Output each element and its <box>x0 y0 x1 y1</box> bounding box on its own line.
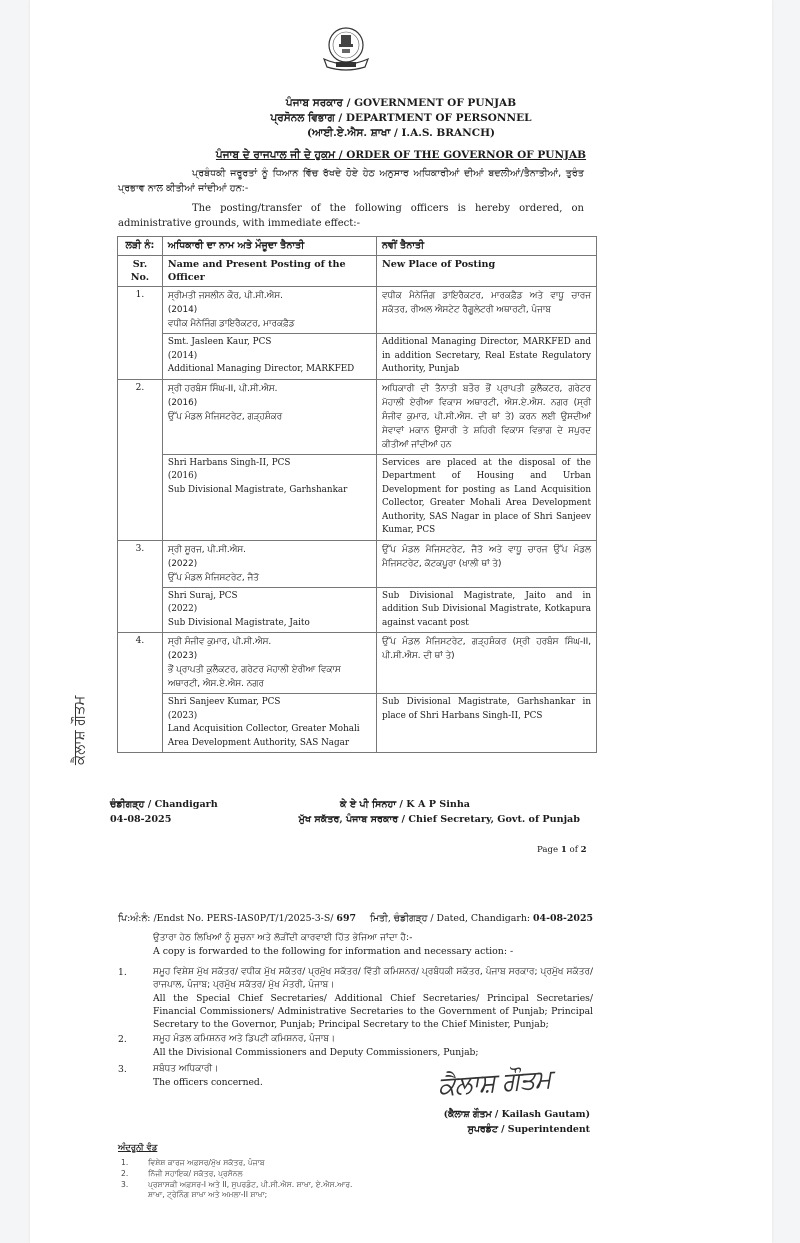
branch-heading: (ਆਈ.ਏ.ਐਸ. ਸ਼ਾਖਾ / I.A.S. BRANCH) <box>30 126 772 141</box>
table-row-punjabi: 3.ਸ੍ਰੀ ਸੂਰਜ, ਪੀ.ਸੀ.ਐਸ.(2022)ਉੱਪ ਮੰਡਲ ਮੈਜ… <box>118 540 597 587</box>
government-heading: ਪੰਜਾਬ ਸਰਕਾਰ / GOVERNMENT OF PUNJAB <box>30 96 772 111</box>
header-sr-english: Sr. No. <box>118 256 163 287</box>
signatory-designation: ਮੁੱਖ ਸਕੱਤਰ, ਪੰਜਾਬ ਸਰਕਾਰ / Chief Secretar… <box>230 812 580 827</box>
header-new-punjabi: ਨਵੀਂ ਤੈਨਾਤੀ <box>376 237 596 256</box>
endorsement-line: ਪਿ:ਅੰ:ਨੰ: /Endst No. PERS-IAS0P/T/1/2025… <box>118 913 593 924</box>
state-emblem-icon <box>320 25 372 73</box>
postings-table: ਲੜੀ ਨੰ: ਅਧਿਕਾਰੀ ਦਾ ਨਾਮ ਅਤੇ ਮੌਜੂਦਾ ਤੈਨਾਤੀ… <box>117 236 597 753</box>
serial-number: 1. <box>118 287 163 380</box>
new-posting-english: Sub Divisional Magistrate, Garhshankar i… <box>376 694 596 753</box>
table-row-english: Shri Sanjeev Kumar, PCS(2023)Land Acquis… <box>118 694 597 753</box>
table-row-english: Smt. Jasleen Kaur, PCS(2014)Additional M… <box>118 334 597 380</box>
table-row-punjabi: 1.ਸ੍ਰੀਮਤੀ ਜਸਲੀਨ ਕੌਰ, ਪੀ.ਸੀ.ਐਸ.(2014)ਵਧੀਕ… <box>118 287 597 334</box>
header-name-english: Name and Present Posting of the Officer <box>162 256 376 287</box>
new-posting-punjabi: ਵਧੀਕ ਮੈਨੇਜਿੰਗ ਡਾਇਰੈਕਟਰ, ਮਾਰਕਫ਼ੈਡ ਅਤੇ ਵਾਧ… <box>376 287 596 334</box>
place: ਚੰਡੀਗੜ੍ਹ / Chandigarh <box>110 797 218 812</box>
header-name-punjabi: ਅਧਿਕਾਰੀ ਦਾ ਨਾਮ ਅਤੇ ਮੌਜੂਦਾ ਤੈਨਾਤੀ <box>162 237 376 256</box>
handwritten-margin-note: ਕੈਲਾਸ਼ ਗੌਤਮ <box>70 680 90 765</box>
signatory-block: ਕੇ ਏ ਪੀ ਸਿਨਹਾ / K A P Sinha ਮੁੱਖ ਸਕੱਤਰ, … <box>230 797 580 827</box>
internal-item: 2.ਨਿੱਜੀ ਸਹਾਇਕ/ ਸਕੱਤਰ, ਪ੍ਰਸੋਨਲ <box>118 1169 368 1179</box>
new-posting-english: Sub Divisional Magistrate, Jaito and in … <box>376 587 596 633</box>
signatory-name: ਕੇ ਏ ਪੀ ਸਿਨਹਾ / K A P Sinha <box>230 797 580 812</box>
page-number: Page 1 of 2 <box>537 845 587 855</box>
table-row-punjabi: 2.ਸ੍ਰੀ ਹਰਬੰਸ ਸਿੰਘ-II, ਪੀ.ਸੀ.ਐਸ.(2016)ਉੱਪ… <box>118 379 597 454</box>
superintendent-designation: ਸੁਪਰਡੰਟ / Superintendent <box>390 1122 590 1137</box>
new-posting-punjabi: ਅਧਿਕਾਰੀ ਦੀ ਤੈਨਾਤੀ ਬਤੌਰ ਭੌਂ ਪ੍ਰਾਪਤੀ ਕੁਲੈਕ… <box>376 379 596 454</box>
serial-number: 4. <box>118 633 163 753</box>
document-page: ਪੰਜਾਬ ਸਰਕਾਰ / GOVERNMENT OF PUNJAB ਪ੍ਰਸੋ… <box>30 0 772 1243</box>
forward-note-english: A copy is forwarded to the following for… <box>153 945 593 959</box>
serial-number: 3. <box>118 540 163 633</box>
superintendent-name: (ਕੈਲਾਸ਼ ਗੌਤਮ / Kailash Gautam) <box>390 1107 590 1122</box>
internal-distribution: ਅੰਦਰੂਨੀ ਵੰਡ 1.ਵਿਸ਼ੇਸ਼ ਕਾਰਜ ਅਫ਼ਸਰ/ਮੁੱਖ ਸਕ… <box>118 1142 368 1201</box>
new-posting-english: Additional Managing Director, MARKFED an… <box>376 334 596 380</box>
internal-item: 1.ਵਿਸ਼ੇਸ਼ ਕਾਰਜ ਅਫ਼ਸਰ/ਮੁੱਖ ਸਕੱਤਰ, ਪੰਜਾਬ <box>118 1158 368 1168</box>
place-date-block: ਚੰਡੀਗੜ੍ਹ / Chandigarh 04-08-2025 <box>110 797 218 827</box>
officer-punjabi: ਸ੍ਰੀ ਸੂਰਜ, ਪੀ.ਸੀ.ਐਸ.(2022)ਉੱਪ ਮੰਡਲ ਮੈਜਿਸ… <box>162 540 376 587</box>
forward-note-punjabi: ਉਤਾਰਾ ਹੇਠ ਲਿਖਿਆਂ ਨੂੰ ਸੂਚਨਾ ਅਤੇ ਲੋੜੀਂਦੀ ਕ… <box>153 931 593 945</box>
recipient-item: 2. ਸਮੂਹ ਮੰਡਲ ਕਮਿਸ਼ਨਰ ਅਤੇ ਡਿਪਟੀ ਕਮਿਸ਼ਨਰ, … <box>118 1033 593 1059</box>
endorsement-number-label: ਪਿ:ਅੰ:ਨੰ: /Endst No. PERS-IAS0P/T/1/2025… <box>118 913 336 924</box>
department-heading: ਪ੍ਰਸੋਨਲ ਵਿਭਾਗ / DEPARTMENT OF PERSONNEL <box>30 111 772 126</box>
officer-english: Shri Sanjeev Kumar, PCS(2023)Land Acquis… <box>162 694 376 753</box>
officer-punjabi: ਸ੍ਰੀਮਤੀ ਜਸਲੀਨ ਕੌਰ, ਪੀ.ਸੀ.ਐਸ.(2014)ਵਧੀਕ ਮ… <box>162 287 376 334</box>
header-new-english: New Place of Posting <box>376 256 596 287</box>
order-date: 04-08-2025 <box>110 812 218 827</box>
officer-punjabi: ਸ੍ਰੀ ਹਰਬੰਸ ਸਿੰਘ-II, ਪੀ.ਸੀ.ਐਸ.(2016)ਉੱਪ ਮ… <box>162 379 376 454</box>
officer-punjabi: ਸ੍ਰੀ ਸੰਜੀਵ ਕੁਮਾਰ, ਪੀ.ਸੀ.ਐਸ.(2023)ਭੌਂ ਪ੍ਰ… <box>162 633 376 694</box>
new-posting-punjabi: ਉੱਪ ਮੰਡਲ ਮੈਜਿਸਟਰੇਟ, ਜੈਤੋ ਅਤੇ ਵਾਧੂ ਚਾਰਜ ਉ… <box>376 540 596 587</box>
handwritten-signature: ਕੈਲਾਸ਼ ਗੌਤਮ <box>437 1064 559 1112</box>
new-posting-english: Services are placed at the disposal of t… <box>376 454 596 540</box>
table-header-row-english: Sr. No. Name and Present Posting of the … <box>118 256 597 287</box>
internal-distribution-title: ਅੰਦਰੂਨੀ ਵੰਡ <box>118 1142 368 1152</box>
table-row-english: Shri Suraj, PCS(2022)Sub Divisional Magi… <box>118 587 597 633</box>
table-row-english: Shri Harbans Singh-II, PCS(2016)Sub Divi… <box>118 454 597 540</box>
table-header-row-punjabi: ਲੜੀ ਨੰ: ਅਧਿਕਾਰੀ ਦਾ ਨਾਮ ਅਤੇ ਮੌਜੂਦਾ ਤੈਨਾਤੀ… <box>118 237 597 256</box>
new-posting-punjabi: ਉੱਪ ਮੰਡਲ ਮੈਜਿਸਟਰੇਟ, ਗੜ੍ਹਸ਼ੰਕਰ (ਸ੍ਰੀ ਹਰਬੰ… <box>376 633 596 694</box>
recipient-item: 1. ਸਮੂਹ ਵਿਸ਼ੇਸ਼ ਮੁੱਖ ਸਕੱਤਰ/ ਵਧੀਕ ਮੁੱਖ ਸਕ… <box>118 966 593 1031</box>
intro-punjabi: ਪ੍ਰਬੰਧਕੀ ਜਰੂਰਤਾਂ ਨੂੰ ਧਿਆਨ ਵਿੱਚ ਰੱਖਦੇ ਹੋਏ… <box>118 166 584 196</box>
intro-english: The posting/transfer of the following of… <box>118 201 584 231</box>
endorsement-dated: ਮਿਤੀ, ਚੰਡੀਗੜ੍ਹ / Dated, Chandigarh: 04-0… <box>370 913 593 924</box>
endorsement-number: 697 <box>336 913 356 924</box>
order-title: ਪੰਜਾਬ ਦੇ ਰਾਜਪਾਲ ਜੀ ਦੇ ਹੁਕਮ / ORDER OF TH… <box>30 148 772 163</box>
table-row-punjabi: 4.ਸ੍ਰੀ ਸੰਜੀਵ ਕੁਮਾਰ, ਪੀ.ਸੀ.ਐਸ.(2023)ਭੌਂ ਪ… <box>118 633 597 694</box>
serial-number: 2. <box>118 379 163 540</box>
officer-english: Shri Harbans Singh-II, PCS(2016)Sub Divi… <box>162 454 376 540</box>
superintendent-block: (ਕੈਲਾਸ਼ ਗੌਤਮ / Kailash Gautam) ਸੁਪਰਡੰਟ /… <box>390 1107 590 1137</box>
officer-english: Smt. Jasleen Kaur, PCS(2014)Additional M… <box>162 334 376 380</box>
officer-english: Shri Suraj, PCS(2022)Sub Divisional Magi… <box>162 587 376 633</box>
header-sr-punjabi: ਲੜੀ ਨੰ: <box>118 237 163 256</box>
internal-item: 3.ਪ੍ਰਸ਼ਾਸਕੀ ਅਫ਼ਸਰ-I ਅਤੇ II, ਸੁਪਰਡੰਟ, ਪੀ.… <box>118 1180 368 1200</box>
forward-note: ਉਤਾਰਾ ਹੇਠ ਲਿਖਿਆਂ ਨੂੰ ਸੂਚਨਾ ਅਤੇ ਲੋੜੀਂਦੀ ਕ… <box>153 931 593 959</box>
